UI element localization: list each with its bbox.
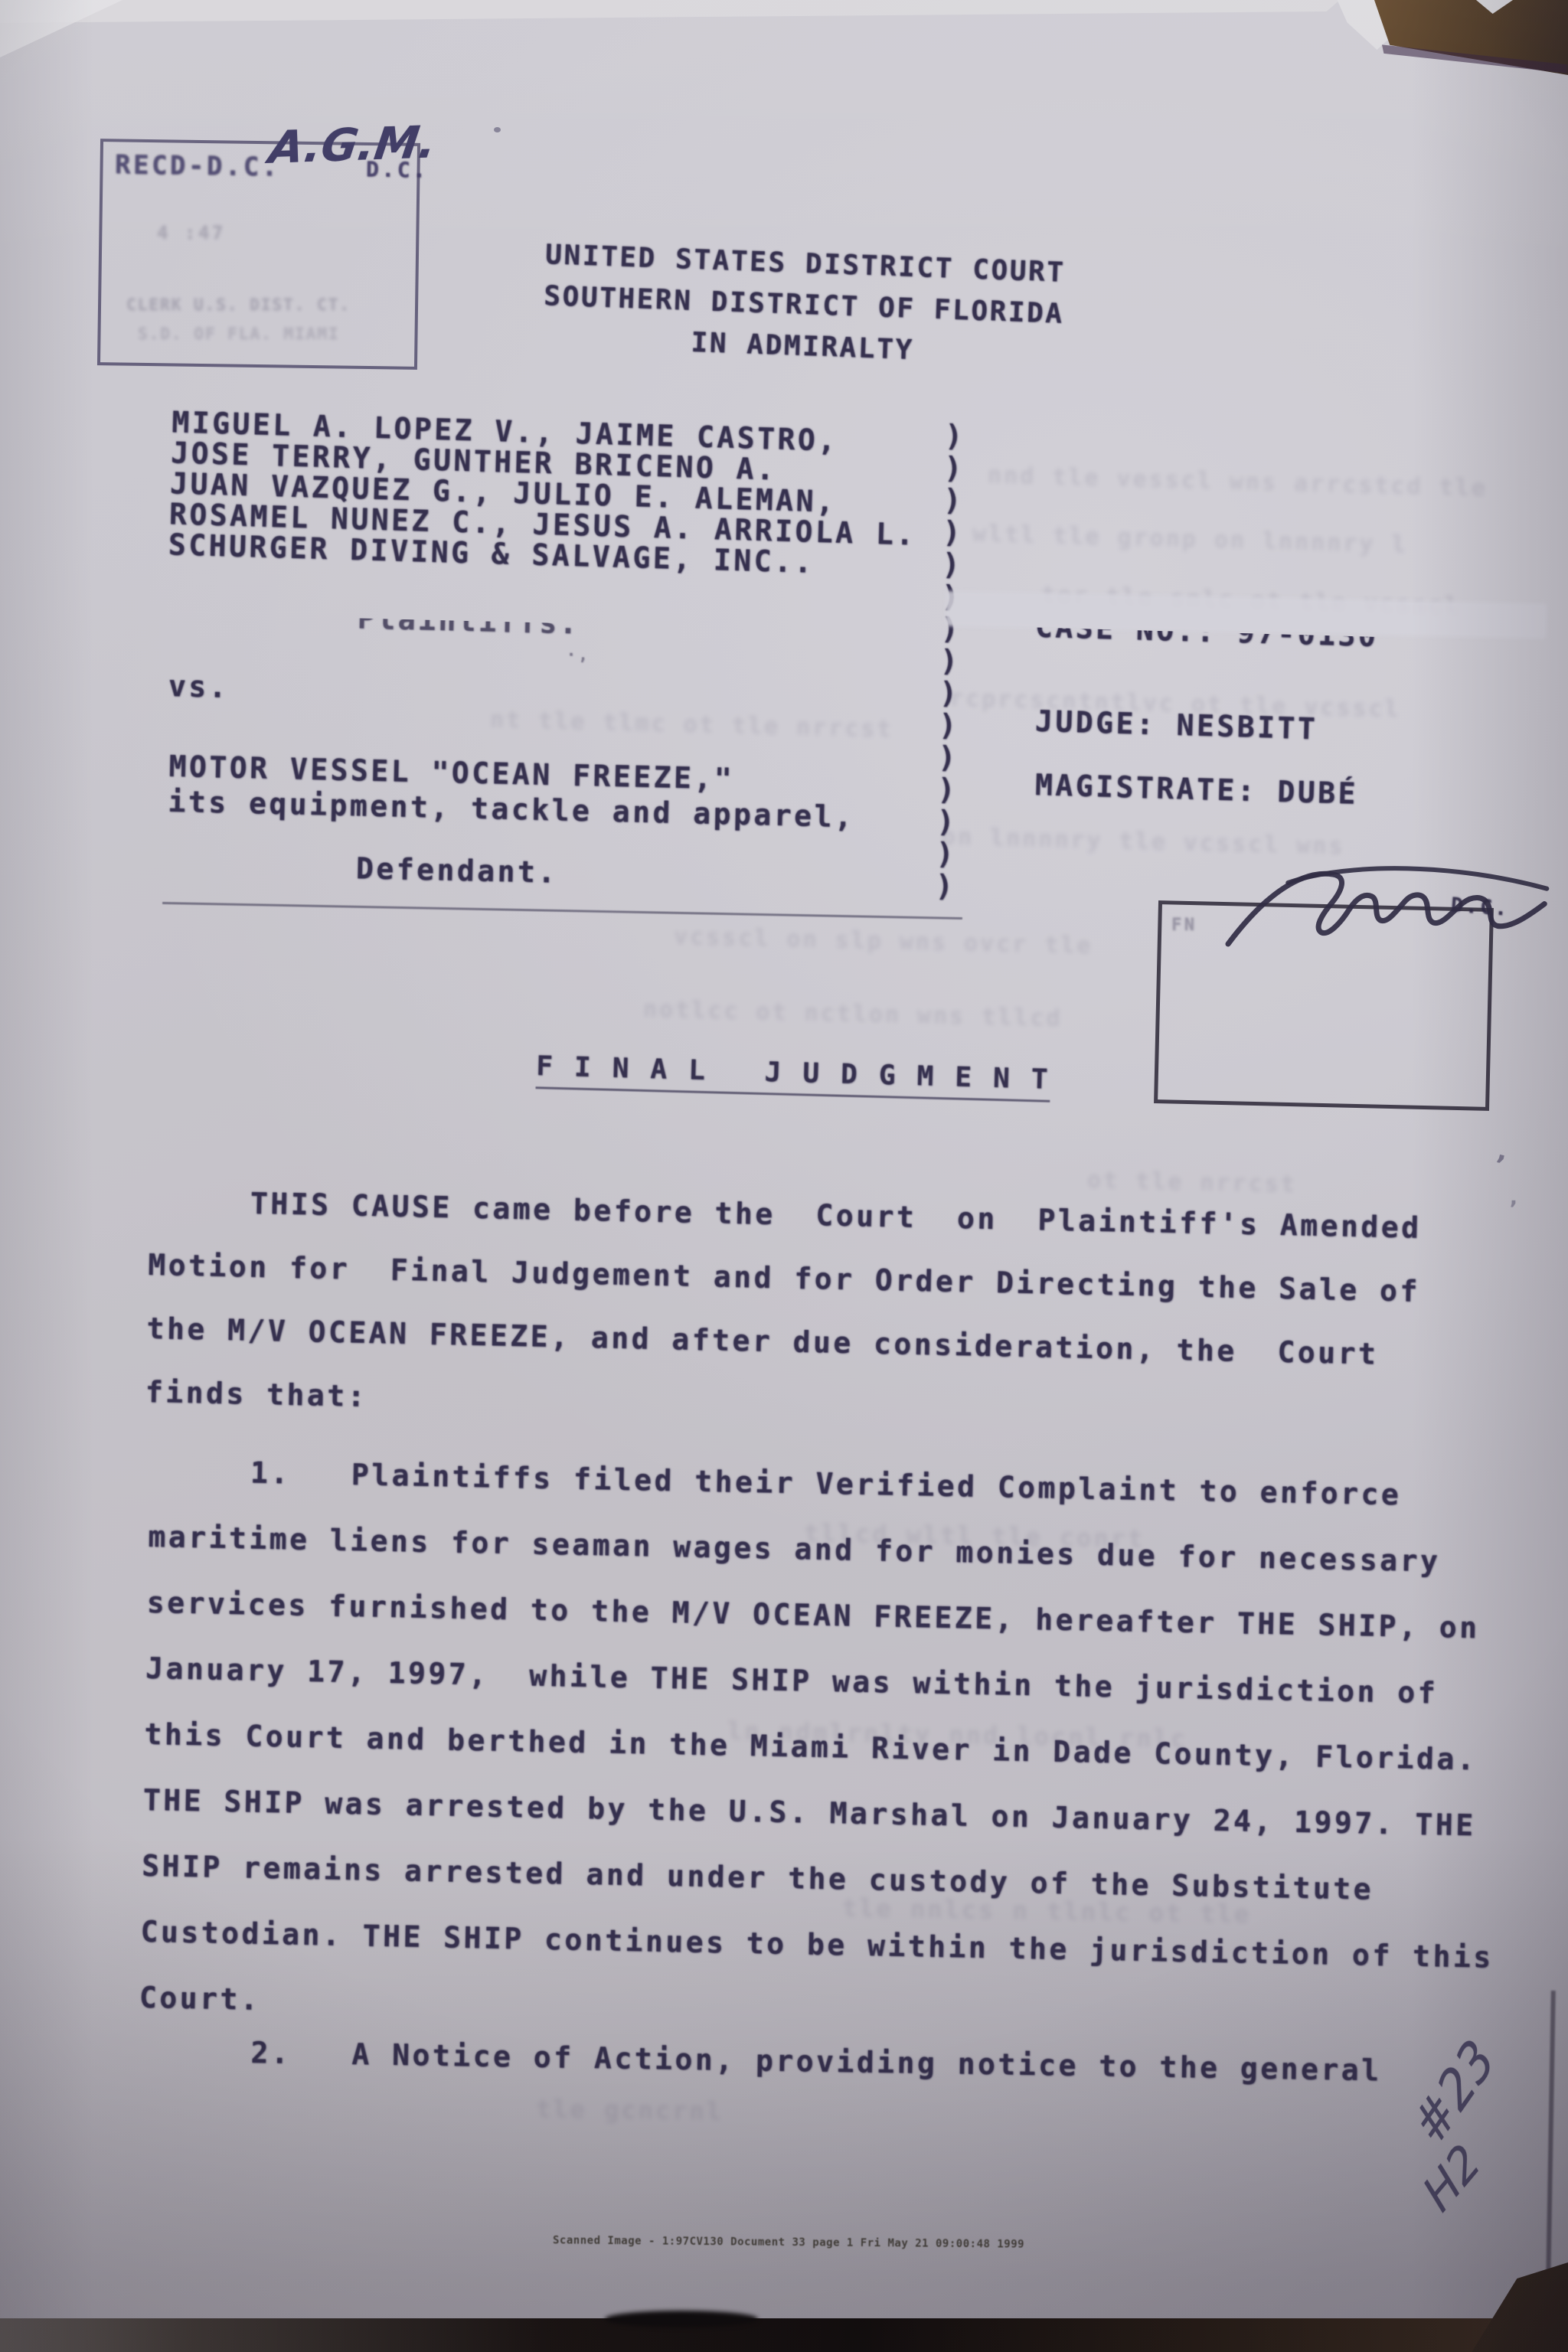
paper-corner-fold xyxy=(0,0,122,57)
received-stamp-dc: D.C. xyxy=(366,158,429,181)
bleed-through-text: wltl tle gronp on lnnnnry l xyxy=(972,523,1408,557)
caption-paren: ) xyxy=(938,741,959,774)
caption-paren: ) xyxy=(936,805,957,838)
caption-paren: ) xyxy=(943,484,964,517)
stamp-fn-text: FN xyxy=(1171,917,1197,934)
bleed-through-text: nt tle tlmc ot tle nrrcst xyxy=(490,709,893,742)
defendant-caption: MOTOR VESSEL "OCEAN FREEZE," its equipme… xyxy=(168,749,856,835)
body-paragraph-1: THIS CAUSE came before the Court on Plai… xyxy=(145,1170,1422,1451)
bleed-through-text: nnd tle vesscl wns arrcstcd tle xyxy=(988,464,1488,500)
received-stamp-faint-line: S.D. OF FLA. MIAMI xyxy=(138,326,340,342)
judge-line: JUDGE: NESBITT xyxy=(1035,707,1318,743)
scan-footer: Scanned Image - 1:97CV130 Document 33 pa… xyxy=(553,2235,1024,2249)
plaintiff-names: MIGUEL A. LOPEZ V., JAIME CASTRO, JOSE T… xyxy=(168,407,919,580)
vs-label: vs. xyxy=(168,671,230,702)
caption-paren: ) xyxy=(939,709,959,742)
smudge-mark: ·, xyxy=(567,647,590,662)
magistrate-line: MAGISTRATE: DUBÉ xyxy=(1035,770,1359,808)
document-title: F I N A L J U D G M E N T xyxy=(535,1053,1050,1102)
caption-paren: ) xyxy=(936,838,956,871)
caption-paren: ) xyxy=(944,452,965,485)
ink-speck xyxy=(494,127,501,132)
bleed-through-text: tle gcncrnl xyxy=(536,2096,724,2123)
handwritten-sub-number: H2 xyxy=(1416,2137,1488,2220)
caption-paren: ) xyxy=(937,773,958,806)
court-header: UNITED STATES DISTRICT COURT SOUTHERN DI… xyxy=(495,233,1112,378)
received-stamp-faint-line: 4 :47 xyxy=(157,224,226,242)
caption-paren: ) xyxy=(939,677,960,710)
paper-edge-sliver-top xyxy=(0,0,1340,23)
received-stamp-faint-line: CLERK U.S. DIST. CT. xyxy=(126,297,351,313)
caption-paren: ) xyxy=(942,516,963,549)
caption-paren: ) xyxy=(945,420,965,452)
plaintiffs-label: Plaintiffs. xyxy=(358,603,580,638)
signature-scrawl xyxy=(1222,849,1557,988)
caption-paren: ) xyxy=(940,645,961,678)
pen-mark: , xyxy=(1510,1188,1517,1208)
defendant-label: Defendant. xyxy=(356,854,559,887)
bleed-through-text: vcsscl on slp wns ovcr tle xyxy=(674,926,1093,958)
body-paragraph-2: 1. Plaintiffs filed their Verified Compl… xyxy=(139,1438,1503,2056)
desk-shadow-blob xyxy=(605,2311,758,2327)
pen-mark: ’ xyxy=(1491,1151,1508,1179)
received-stamp-text: RECD-D.C. xyxy=(115,152,280,180)
desk-bottom-strip xyxy=(0,2318,1568,2352)
caption-rule xyxy=(162,902,962,920)
scanned-court-document: nnd tle vesscl wns arrcstcd tle wltl tle… xyxy=(0,0,1568,2352)
bleed-through-text: notlcc ot nctlon wns tllcd xyxy=(643,998,1063,1031)
caption-paren: ) xyxy=(935,870,955,903)
caption-paren: ) xyxy=(942,548,962,581)
